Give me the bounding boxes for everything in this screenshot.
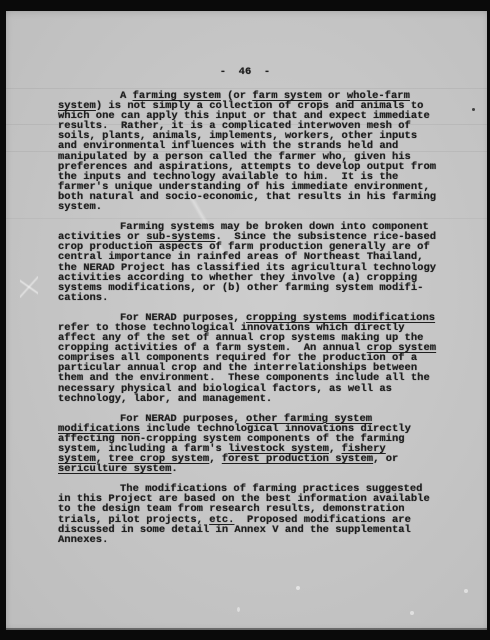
paragraph: A farming system (or farm system or whol… bbox=[58, 91, 458, 212]
paragraph: For NERAD purposes, cropping systems mod… bbox=[58, 313, 458, 404]
text-line: system. bbox=[58, 202, 458, 212]
paragraph: Farming systems may be broken down into … bbox=[58, 222, 458, 303]
page-number: - 46 - bbox=[0, 66, 490, 78]
text-line: discussed in some detail in Annex V and … bbox=[58, 525, 458, 535]
scanned-document-page: - 46 - A farming system (or farm system … bbox=[0, 0, 490, 640]
scan-border-left bbox=[0, 0, 6, 640]
text-line: sericulture system. bbox=[58, 464, 458, 474]
ink-speck bbox=[472, 108, 475, 111]
paper-speck bbox=[464, 589, 468, 593]
paper-speck bbox=[410, 611, 414, 615]
paragraph: The modifications of farming practices s… bbox=[58, 484, 458, 545]
text-line: Annexes. bbox=[58, 535, 458, 545]
paragraph: For NERAD purposes, other farming system… bbox=[58, 414, 458, 475]
paper-speck bbox=[237, 607, 240, 612]
text-line: cations. bbox=[58, 293, 458, 303]
scan-border-top bbox=[0, 0, 490, 11]
document-body: A farming system (or farm system or whol… bbox=[58, 91, 458, 555]
scratch-mark bbox=[20, 276, 38, 298]
scan-border-bottom bbox=[0, 630, 490, 640]
text-line: systems modifications, or (b) other farm… bbox=[58, 283, 458, 293]
text-line: both natural and socio-economic, that re… bbox=[58, 192, 458, 202]
text-line: technology, labor, and management. bbox=[58, 394, 458, 404]
scan-artifact-line bbox=[0, 88, 490, 89]
paper-speck bbox=[296, 586, 300, 590]
